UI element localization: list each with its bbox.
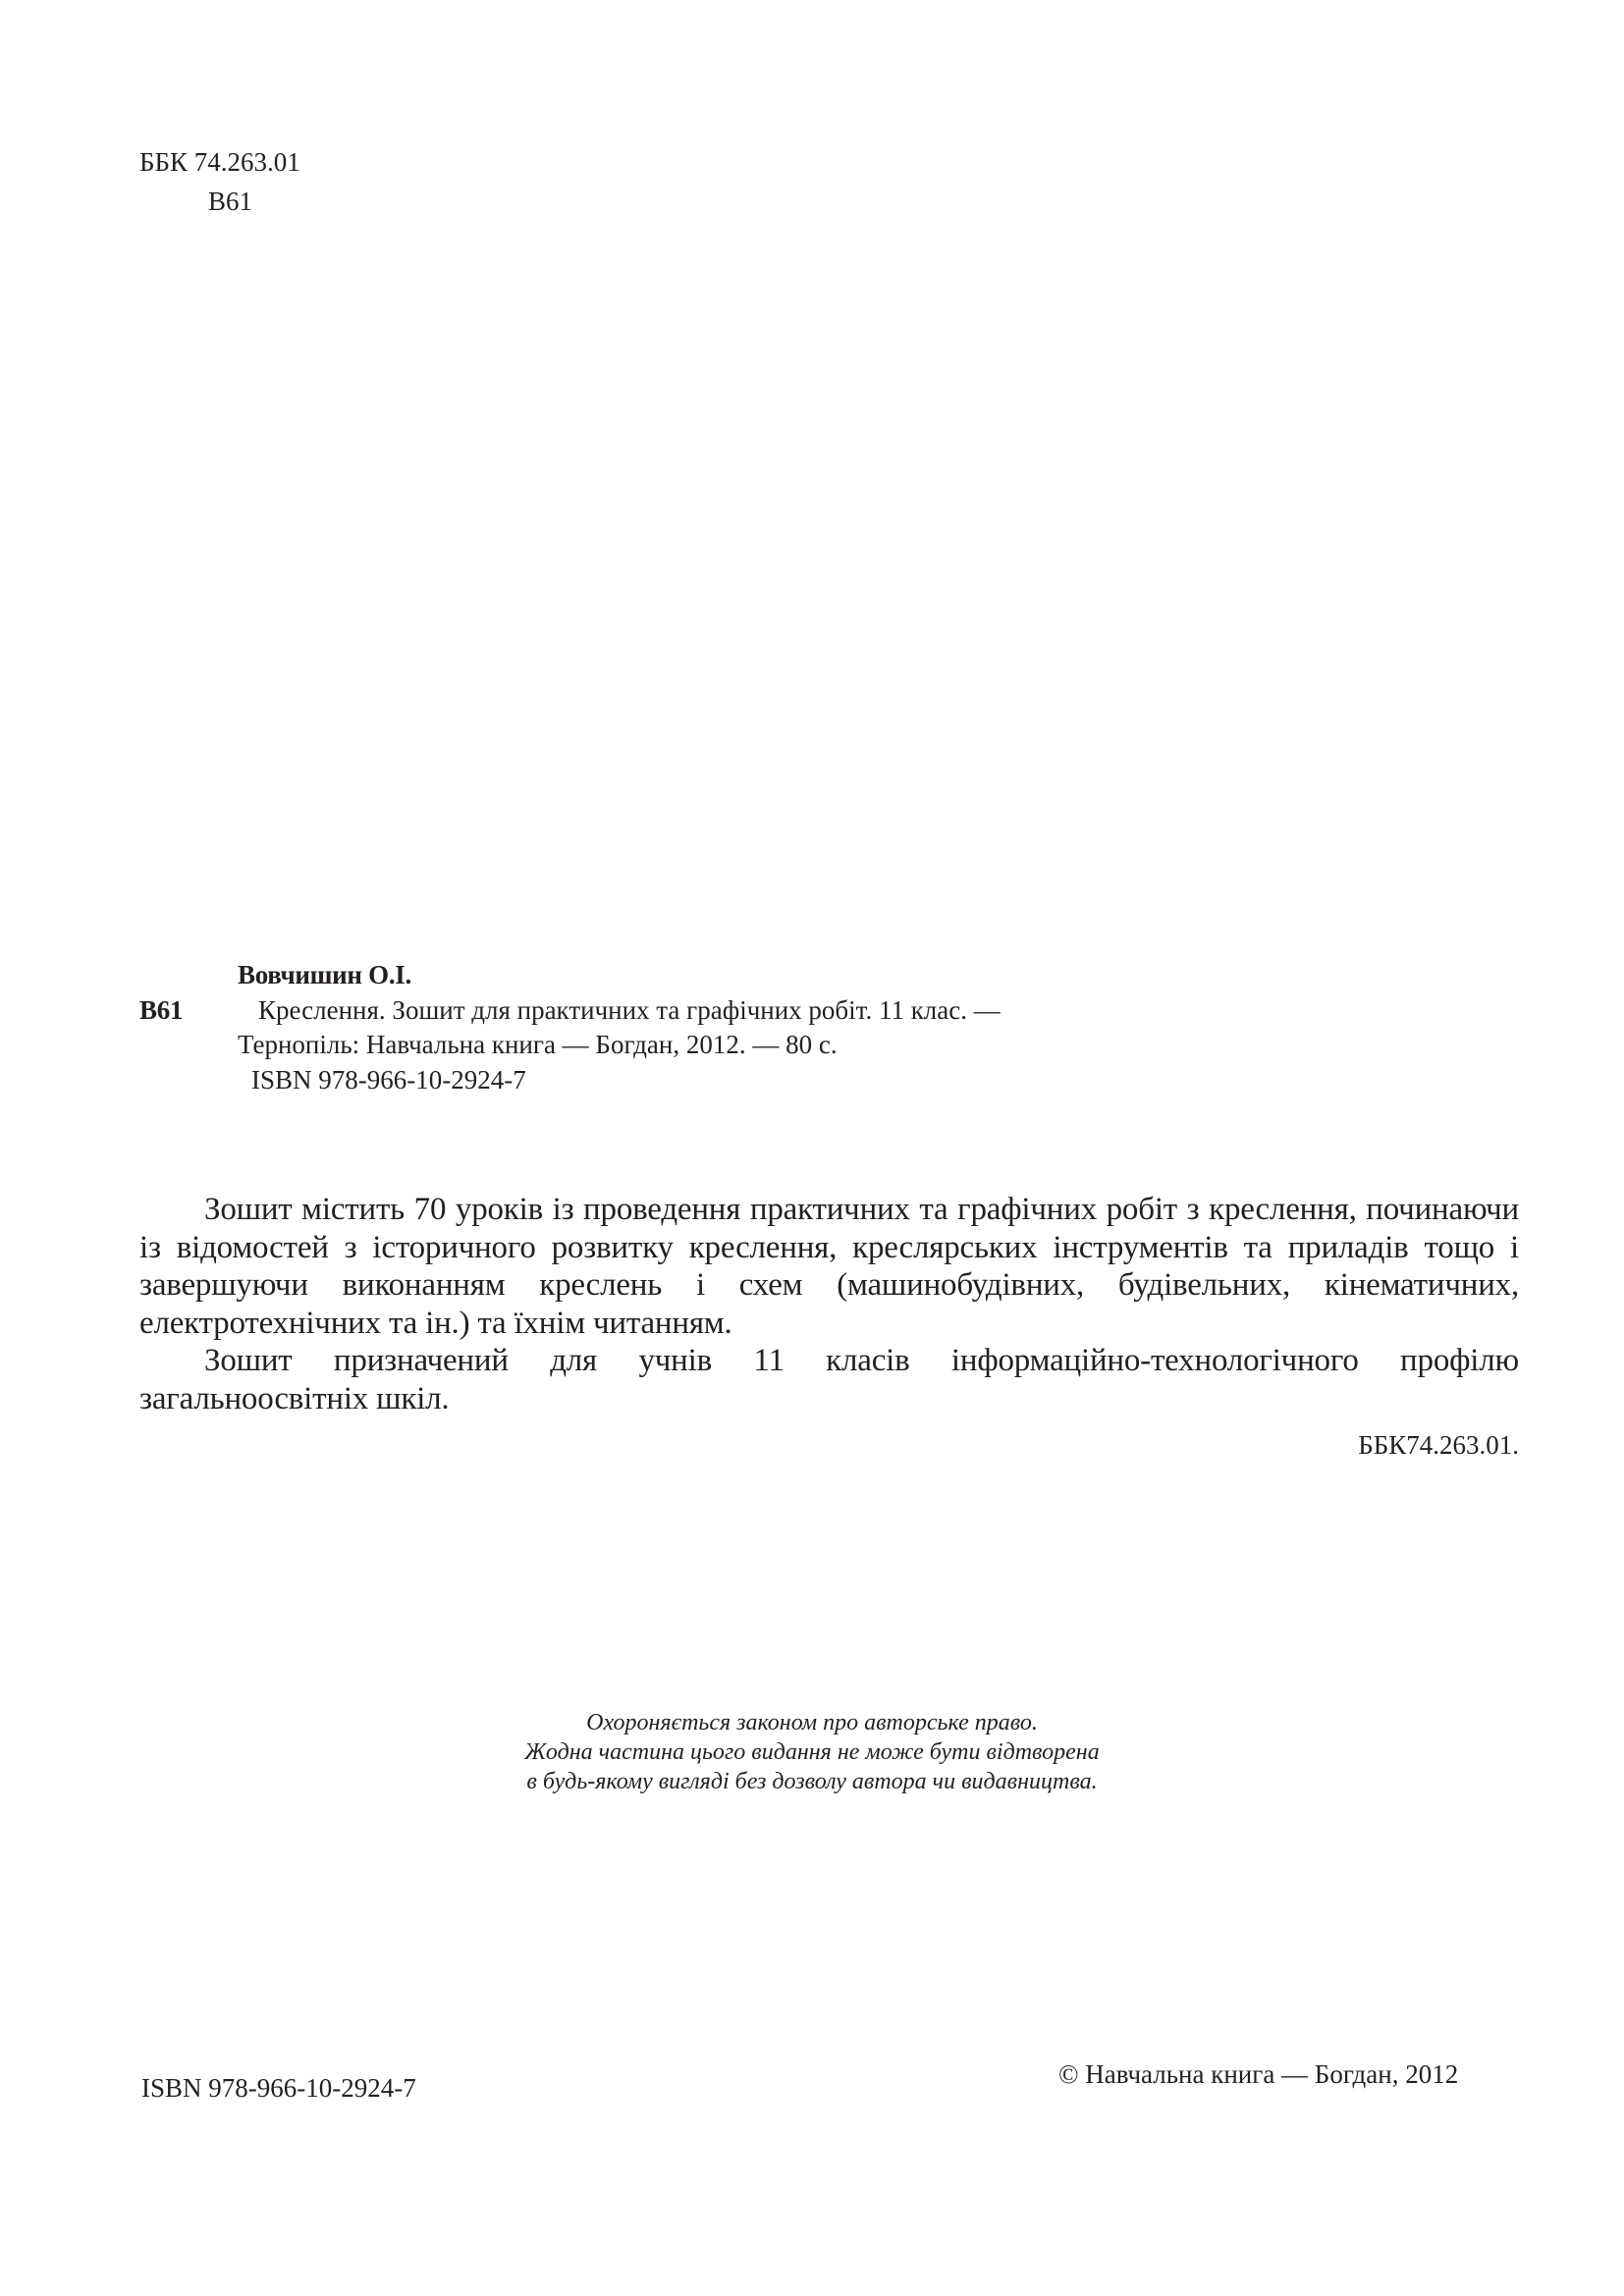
copyright-notice: Охороняється законом про авторське право… bbox=[0, 1708, 1624, 1796]
notice-line: в будь-якому вигляді без дозволу автора … bbox=[0, 1767, 1624, 1796]
annotation: Зошит містить 70 уроків із проведення пр… bbox=[139, 1191, 1519, 1417]
author-code: В61 bbox=[208, 187, 252, 216]
card-publisher-line: Тернопіль: Навчальна книга — Богдан, 201… bbox=[238, 1030, 838, 1059]
footer-isbn: ISBN 978-966-10-2924-7 bbox=[141, 2073, 416, 2103]
annotation-paragraph: Зошит призначений для учнів 11 класів ін… bbox=[139, 1342, 1519, 1417]
footer-copyright: © Навчальна книга — Богдан, 2012 bbox=[1058, 2059, 1458, 2089]
card-title-line: Креслення. Зошит для практичних та графі… bbox=[258, 995, 1001, 1025]
card-isbn: ISBN 978-966-10-2924-7 bbox=[251, 1065, 526, 1095]
notice-line: Жодна частина цього видання не може бути… bbox=[0, 1737, 1624, 1767]
annotation-bbk: ББК74.263.01. bbox=[1358, 1430, 1519, 1460]
bbk-classification: ББК 74.263.01 bbox=[139, 147, 300, 177]
card-author: Вовчишин О.І. bbox=[238, 960, 411, 989]
annotation-paragraph: Зошит містить 70 уроків із проведення пр… bbox=[139, 1191, 1519, 1342]
notice-line: Охороняється законом про авторське право… bbox=[0, 1708, 1624, 1737]
card-code: В61 bbox=[139, 995, 183, 1025]
